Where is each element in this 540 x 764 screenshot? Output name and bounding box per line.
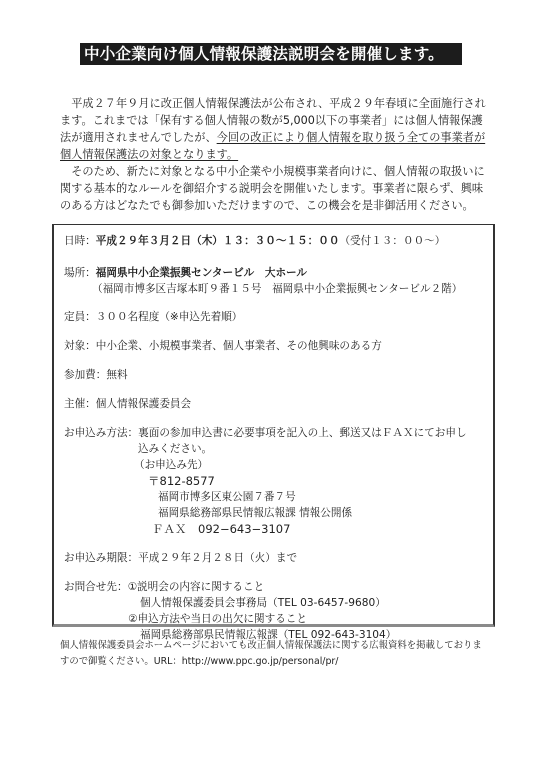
venue-address: （福岡市博多区吉塚本町９番１５号 福岡県中小企業振興センタービル２階）	[92, 281, 462, 297]
capacity-value: ３００名程度（※申込先着順）	[96, 311, 243, 323]
intro-paragraph-1: 平成２７年９月に改正個人情報保護法が公布され、平成２９年春頃に全面施行されます。…	[60, 95, 490, 163]
contact-row: お問合せ先：①説明会の内容に関すること	[64, 579, 264, 595]
application-dest-heading: （お申込み先）	[134, 457, 208, 473]
venue-row: 場所：福岡県中小企業振興センタービル 大ホール	[64, 265, 307, 281]
application-value-cont: 込みください。	[138, 441, 212, 457]
datetime-row: 日時：平成２９年３月２日（木）１３：３０～１５：００（受付１３：００～）	[64, 233, 445, 249]
application-row: お申込み方法：裏面の参加申込書に必要事項を記入の上、郵送又はＦＡＸにてお申し	[64, 425, 467, 441]
application-department: 福岡県総務部県民情報広報課 情報公開係	[158, 505, 352, 521]
deadline-value: 平成２９年２月２８日（火）まで	[138, 552, 297, 564]
target-label: 対象：	[64, 340, 96, 352]
application-value: 裏面の参加申込書に必要事項を記入の上、郵送又はＦＡＸにてお申し	[138, 427, 466, 439]
application-label: お申込み方法：	[64, 427, 138, 439]
application-fax: ＦＡＸ 092−643−3107	[152, 521, 290, 537]
datetime-note: （受付１３：００～）	[339, 235, 445, 247]
document-page: 中小企業向け個人情報保護法説明会を開催します。 平成２７年９月に改正個人情報保護…	[0, 0, 540, 764]
venue-label: 場所：	[64, 267, 96, 279]
application-postal-code: 〒812-8577	[148, 473, 215, 489]
deadline-label: お申込み期限：	[64, 552, 138, 564]
footer-text: すので御覧ください。URL：	[60, 656, 182, 667]
intro-paragraph-2: そのため、新たに対象となる中小企業や小規模事業者向けに、個人情報の取扱いに関する…	[60, 163, 490, 214]
application-address: 福岡市博多区東公園７番７号	[158, 489, 296, 505]
fee-value: 無料	[106, 369, 127, 381]
page-title: 中小企業向け個人情報保護法説明会を開催します。	[80, 43, 462, 65]
contact-item1-contact: 個人情報保護委員会事務局（TEL 03-6457-9680）	[140, 595, 386, 611]
contact-item2-topic: ②申込方法や当日の出欠に関すること	[128, 611, 307, 627]
fee-label: 参加費：	[64, 369, 106, 381]
footer-line-1: 個人情報保護委員会ホームページにおいても改正個人情報保護法に関する広報資料を掲載…	[60, 638, 490, 654]
contact-label: お問合せ先：	[64, 581, 128, 593]
capacity-label: 定員：	[64, 311, 96, 323]
venue-value: 福岡県中小企業振興センタービル 大ホール	[96, 267, 307, 279]
target-row: 対象：中小企業、小規模事業者、個人事業者、その他興味のある方	[64, 338, 382, 354]
organizer-row: 主催：個人情報保護委員会	[64, 396, 191, 412]
organizer-label: 主催：	[64, 398, 96, 410]
datetime-label: 日時：	[64, 235, 96, 247]
target-value: 中小企業、小規模事業者、個人事業者、その他興味のある方	[96, 340, 382, 352]
footer-line-2: すので御覧ください。URL：http://www.ppc.go.jp/perso…	[60, 654, 490, 670]
datetime-value: 平成２９年３月２日（木）１３：３０～１５：００	[96, 235, 340, 247]
intro-section: 平成２７年９月に改正個人情報保護法が公布され、平成２９年春頃に全面施行されます。…	[60, 95, 490, 214]
event-details-box: 日時：平成２９年３月２日（木）１３：３０～１５：００（受付１３：００～） 場所：…	[52, 224, 495, 627]
capacity-row: 定員：３００名程度（※申込先着順）	[64, 309, 242, 325]
deadline-row: お申込み期限：平成２９年２月２８日（火）まで	[64, 550, 297, 566]
footer-url-link[interactable]: http://www.ppc.go.jp/personal/pr/	[182, 656, 339, 667]
footer-note: 個人情報保護委員会ホームページにおいても改正個人情報保護法に関する広報資料を掲載…	[60, 638, 490, 670]
contact-item1-topic: ①説明会の内容に関すること	[128, 581, 265, 593]
fee-row: 参加費：無料	[64, 367, 128, 383]
organizer-value: 個人情報保護委員会	[96, 398, 191, 410]
